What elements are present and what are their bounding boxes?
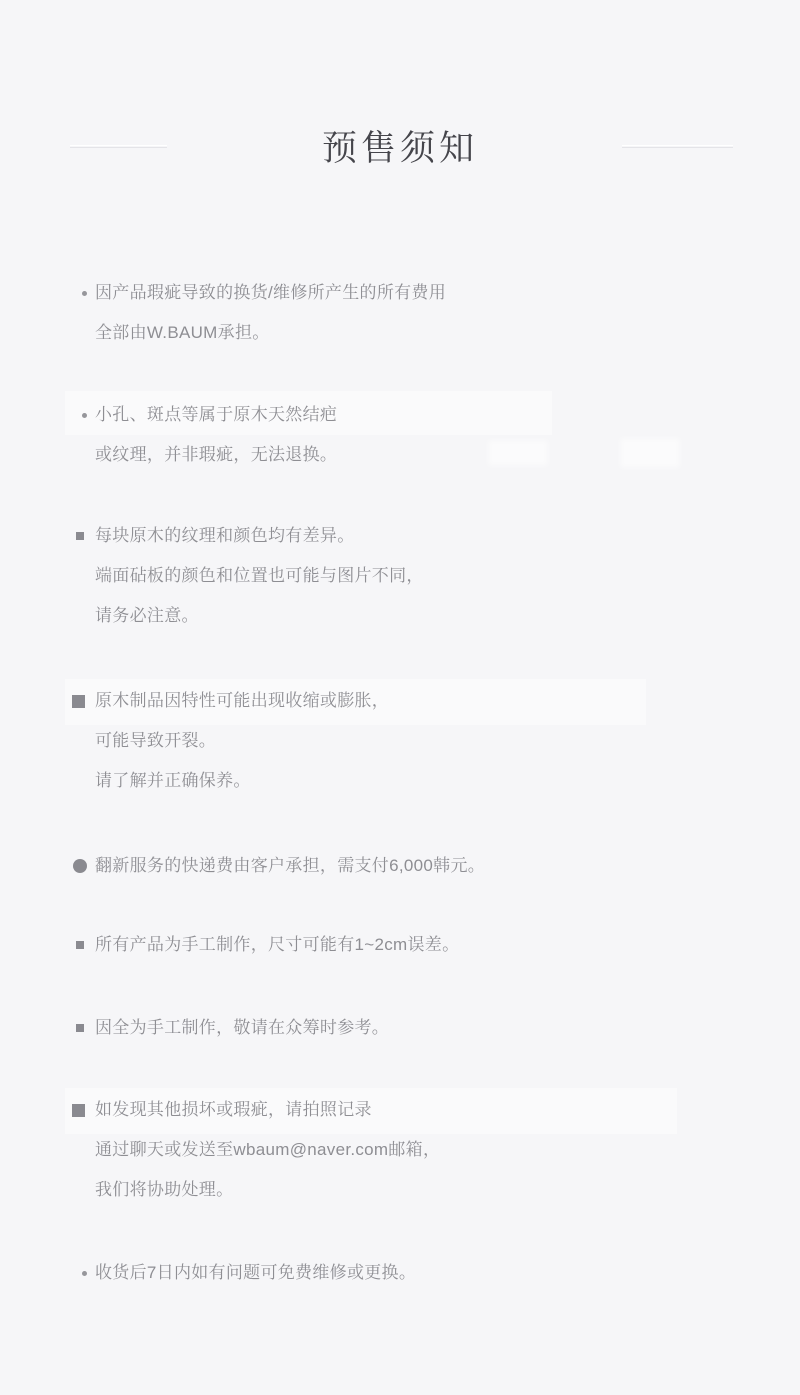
list-item: 所有产品为手工制作，尺寸可能有1~2cm误差。	[60, 925, 750, 965]
notice-line: 如发现其他损坏或瑕疵，请拍照记录	[60, 1090, 750, 1130]
list-item: 小孔、斑点等属于原木天然结疤或纹理，并非瑕疵，无法退换。	[60, 395, 750, 475]
list-item: 翻新服务的快递费由客户承担，需支付6,000韩元。	[60, 846, 750, 886]
list-item: 原木制品因特性可能出现收缩或膨胀，可能导致开裂。请了解并正确保养。	[60, 681, 750, 801]
bullet-small-square-icon	[76, 1024, 84, 1032]
bullet-circle-icon	[73, 859, 87, 873]
notice-line: 原木制品因特性可能出现收缩或膨胀，	[60, 681, 750, 721]
presale-notice-page: 预售须知 因产品瑕疵导致的换货/维修所产生的所有费用全部由W.BAUM承担。小孔…	[0, 0, 800, 1395]
bullet-small-square-icon	[76, 941, 84, 949]
notice-line: 所有产品为手工制作，尺寸可能有1~2cm误差。	[60, 925, 750, 965]
list-item: 如发现其他损坏或瑕疵，请拍照记录通过聊天或发送至wbaum@naver.com邮…	[60, 1090, 750, 1210]
notice-line: 端面砧板的颜色和位置也可能与图片不同，	[60, 556, 750, 596]
notice-line: 小孔、斑点等属于原木天然结疤	[60, 395, 750, 435]
notice-line: 翻新服务的快递费由客户承担，需支付6,000韩元。	[60, 846, 750, 886]
bullet-dot-icon	[82, 291, 87, 296]
notice-line: 因产品瑕疵导致的换货/维修所产生的所有费用	[60, 273, 750, 313]
list-item: 因产品瑕疵导致的换货/维修所产生的所有费用全部由W.BAUM承担。	[60, 273, 750, 353]
bullet-big-square-icon	[72, 1104, 85, 1117]
notice-line: 可能导致开裂。	[60, 721, 750, 761]
page-title: 预售须知	[0, 121, 800, 171]
notice-line: 通过聊天或发送至wbaum@naver.com邮箱，	[60, 1130, 750, 1170]
notice-line: 请了解并正确保养。	[60, 761, 750, 801]
bullet-big-square-icon	[72, 695, 85, 708]
notice-line: 请务必注意。	[60, 596, 750, 636]
bullet-dot-icon	[82, 1271, 87, 1276]
notice-line: 我们将协助处理。	[60, 1170, 750, 1210]
bullet-dot-icon	[82, 413, 87, 418]
notice-line: 收货后7日内如有问题可免费维修或更换。	[60, 1253, 750, 1293]
notice-line: 或纹理，并非瑕疵，无法退换。	[60, 435, 750, 475]
list-item: 因全为手工制作，敬请在众筹时参考。	[60, 1008, 750, 1048]
list-item: 每块原木的纹理和颜色均有差异。端面砧板的颜色和位置也可能与图片不同，请务必注意。	[60, 516, 750, 636]
title-divider-right	[622, 147, 733, 148]
notice-line: 因全为手工制作，敬请在众筹时参考。	[60, 1008, 750, 1048]
list-item: 收货后7日内如有问题可免费维修或更换。	[60, 1253, 750, 1293]
bullet-small-square-icon	[76, 532, 84, 540]
notice-line: 全部由W.BAUM承担。	[60, 313, 750, 353]
notice-line: 每块原木的纹理和颜色均有差异。	[60, 516, 750, 556]
